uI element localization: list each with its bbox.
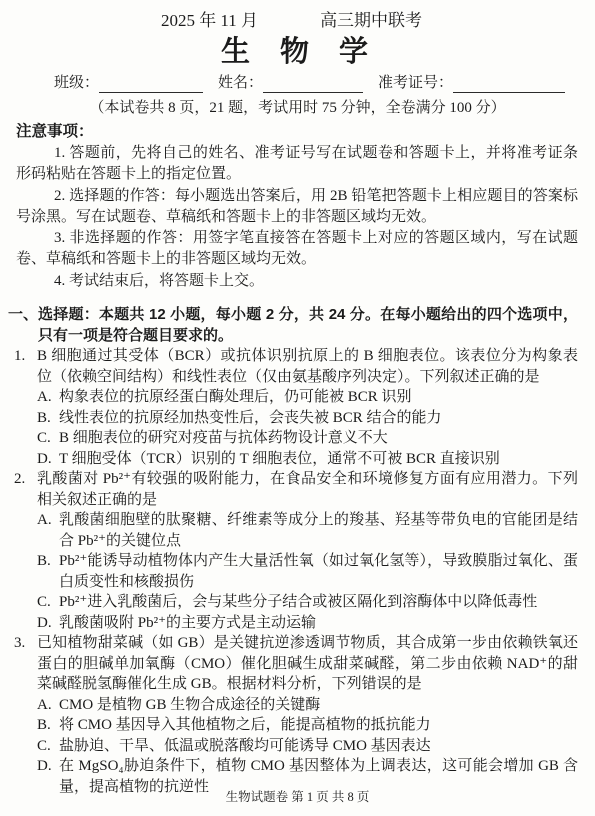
class-field-label: 班级： — [54, 74, 99, 93]
notice-heading: 注意事项： — [16, 121, 578, 143]
option-letter: B. — [37, 408, 51, 429]
option-text: 构象表位的抗原经蛋白酶处理后，仍可能被 BCR 识别 — [59, 387, 578, 408]
question-1-option-a: A. 构象表位的抗原经蛋白酶处理后，仍可能被 BCR 识别 — [37, 387, 578, 408]
option-letter: A. — [37, 510, 52, 531]
notice-item-2: 2. 选择题的作答：每小题选出答案后，用 2B 铅笔把答题卡上相应题目的答案标号… — [16, 186, 578, 229]
paper-info: （本试卷共 8 页，21 题，考试用时 75 分钟，全卷满分 100 分） — [0, 98, 595, 118]
question-stem: 已知植物甜菜碱（如 GB）是关键抗逆渗透调节物质，其合成第一步由依赖铁氧还蛋白的… — [37, 633, 578, 695]
exam-header-row: 2025 年 11 月 高三期中联考 — [0, 0, 589, 32]
question-2-option-d: D. 乳酸菌吸附 Pb²⁺的主要方式是主动运输 — [37, 613, 578, 634]
name-field: 姓名： — [218, 74, 363, 93]
exam-date: 2025 年 11 月 — [161, 10, 258, 32]
question-2-option-b: B. Pb²⁺能诱导动植物体内产生大量活性氧（如过氧化氢等），导致膜脂过氧化、蛋… — [37, 551, 578, 592]
option-text: 盐胁迫、干旱、低温或脱落酸均可能诱导 CMO 基因表达 — [59, 736, 578, 757]
question-number: 3. — [14, 633, 25, 654]
option-letter: A. — [37, 387, 52, 408]
question-1-option-d: D. T 细胞受体（TCR）识别的 T 细胞表位，通常不可被 BCR 直接识别 — [37, 449, 578, 470]
question-3-option-a: A. CMO 是植物 GB 生物合成途径的关键酶 — [37, 695, 578, 716]
option-text: 将 CMO 基因导入其他植物之后，能提高植物的抵抗能力 — [59, 715, 578, 736]
class-field: 班级： — [54, 74, 203, 93]
page-footer: 生物试题卷 第 1 页 共 8 页 — [0, 787, 595, 805]
notice-section: 注意事项： 1. 答题前，先将自己的姓名、准考证号写在试题卷和答题卡上，并将准考… — [0, 121, 595, 292]
notice-item-1: 1. 答题前，先将自己的姓名、准考证号写在试题卷和答题卡上，并将准考证条形码粘贴… — [16, 143, 578, 186]
question-2: 2. 乳酸菌对 Pb²⁺有较强的吸附能力，在食品安全和环境修复方面有应用潜力。下… — [0, 469, 578, 633]
option-text: T 细胞受体（TCR）识别的 T 细胞表位，通常不可被 BCR 直接识别 — [59, 449, 578, 470]
section-heading-text: 选择题：本题共 12 小题，每小题 2 分，共 24 分。在每小题给出的四个选项… — [38, 306, 578, 344]
question-3: 3. 已知植物甜菜碱（如 GB）是关键抗逆渗透调节物质，其合成第一步由依赖铁氧还… — [0, 633, 578, 797]
option-letter: C. — [37, 428, 51, 449]
admission-number-blank-line — [453, 76, 565, 93]
student-info-row: 班级： 姓名： 准考证号： — [0, 74, 595, 93]
option-letter: B. — [37, 551, 51, 572]
notice-item-3: 3. 非选择题的作答：用签字笔直接答在答题卡上对应的答题区域内，写在试题卷、草稿… — [16, 228, 578, 271]
option-text: 乳酸菌吸附 Pb²⁺的主要方式是主动运输 — [59, 613, 578, 634]
exam-name: 高三期中联考 — [320, 10, 422, 32]
question-list: 1. B 细胞通过其受体（BCR）或抗体识别抗原上的 B 细胞表位。该表位分为构… — [0, 346, 595, 797]
option-text: 乳酸菌细胞壁的肽聚糖、纤维素等成分上的羧基、羟基等带负电的官能团是结合 Pb²⁺… — [59, 510, 578, 551]
question-stem: 乳酸菌对 Pb²⁺有较强的吸附能力，在食品安全和环境修复方面有应用潜力。下列相关… — [37, 469, 578, 510]
question-1-option-c: C. B 细胞表位的研究对疫苗与抗体药物设计意义不大 — [37, 428, 578, 449]
section-number: 一、 — [8, 304, 38, 325]
option-letter: D. — [37, 613, 52, 634]
option-text: B 细胞表位的研究对疫苗与抗体药物设计意义不大 — [59, 428, 578, 449]
option-text: Pb²⁺能诱导动植物体内产生大量活性氧（如过氧化氢等），导致膜脂过氧化、蛋白质变… — [59, 551, 578, 592]
question-1: 1. B 细胞通过其受体（BCR）或抗体识别抗原上的 B 细胞表位。该表位分为构… — [0, 346, 578, 469]
option-letter: C. — [37, 592, 51, 613]
admission-number-field: 准考证号： — [378, 74, 565, 93]
option-text: Pb²⁺进入乳酸菌后，会与某些分子结合或被区隔化到溶酶体中以降低毒性 — [59, 592, 578, 613]
question-3-option-b: B. 将 CMO 基因导入其他植物之后，能提高植物的抵抗能力 — [37, 715, 578, 736]
question-2-option-c: C. Pb²⁺进入乳酸菌后，会与某些分子结合或被区隔化到溶酶体中以降低毒性 — [37, 592, 578, 613]
question-number: 1. — [14, 346, 25, 367]
question-1-option-b: B. 线性表位的抗原经加热变性后，会丧失被 BCR 结合的能力 — [37, 408, 578, 429]
option-letter: B. — [37, 715, 51, 736]
option-letter: C. — [37, 736, 51, 757]
page-title: 生 物 学 — [0, 35, 595, 69]
exam-paper-page: 2025 年 11 月 高三期中联考 生 物 学 班级： 姓名： 准考证号： （… — [0, 0, 595, 816]
question-stem: B 细胞通过其受体（BCR）或抗体识别抗原上的 B 细胞表位。该表位分为构象表位… — [37, 346, 578, 387]
admission-number-label: 准考证号： — [378, 74, 453, 93]
notice-item-4: 4. 考试结束后，将答题卡上交。 — [16, 271, 578, 292]
option-letter: D. — [37, 449, 52, 470]
question-number: 2. — [14, 469, 25, 490]
option-text: 线性表位的抗原经加热变性后，会丧失被 BCR 结合的能力 — [59, 408, 578, 429]
name-field-label: 姓名： — [218, 74, 263, 93]
question-3-option-c: C. 盐胁迫、干旱、低温或脱落酸均可能诱导 CMO 基因表达 — [37, 736, 578, 757]
option-letter: D. — [37, 756, 52, 777]
option-letter: A. — [37, 695, 52, 716]
question-2-option-a: A. 乳酸菌细胞壁的肽聚糖、纤维素等成分上的羧基、羟基等带负电的官能团是结合 P… — [37, 510, 578, 551]
name-blank-line — [263, 76, 363, 93]
section-heading: 一、 选择题：本题共 12 小题，每小题 2 分，共 24 分。在每小题给出的四… — [0, 304, 595, 346]
class-blank-line — [99, 76, 203, 93]
option-text: CMO 是植物 GB 生物合成途径的关键酶 — [59, 695, 578, 716]
